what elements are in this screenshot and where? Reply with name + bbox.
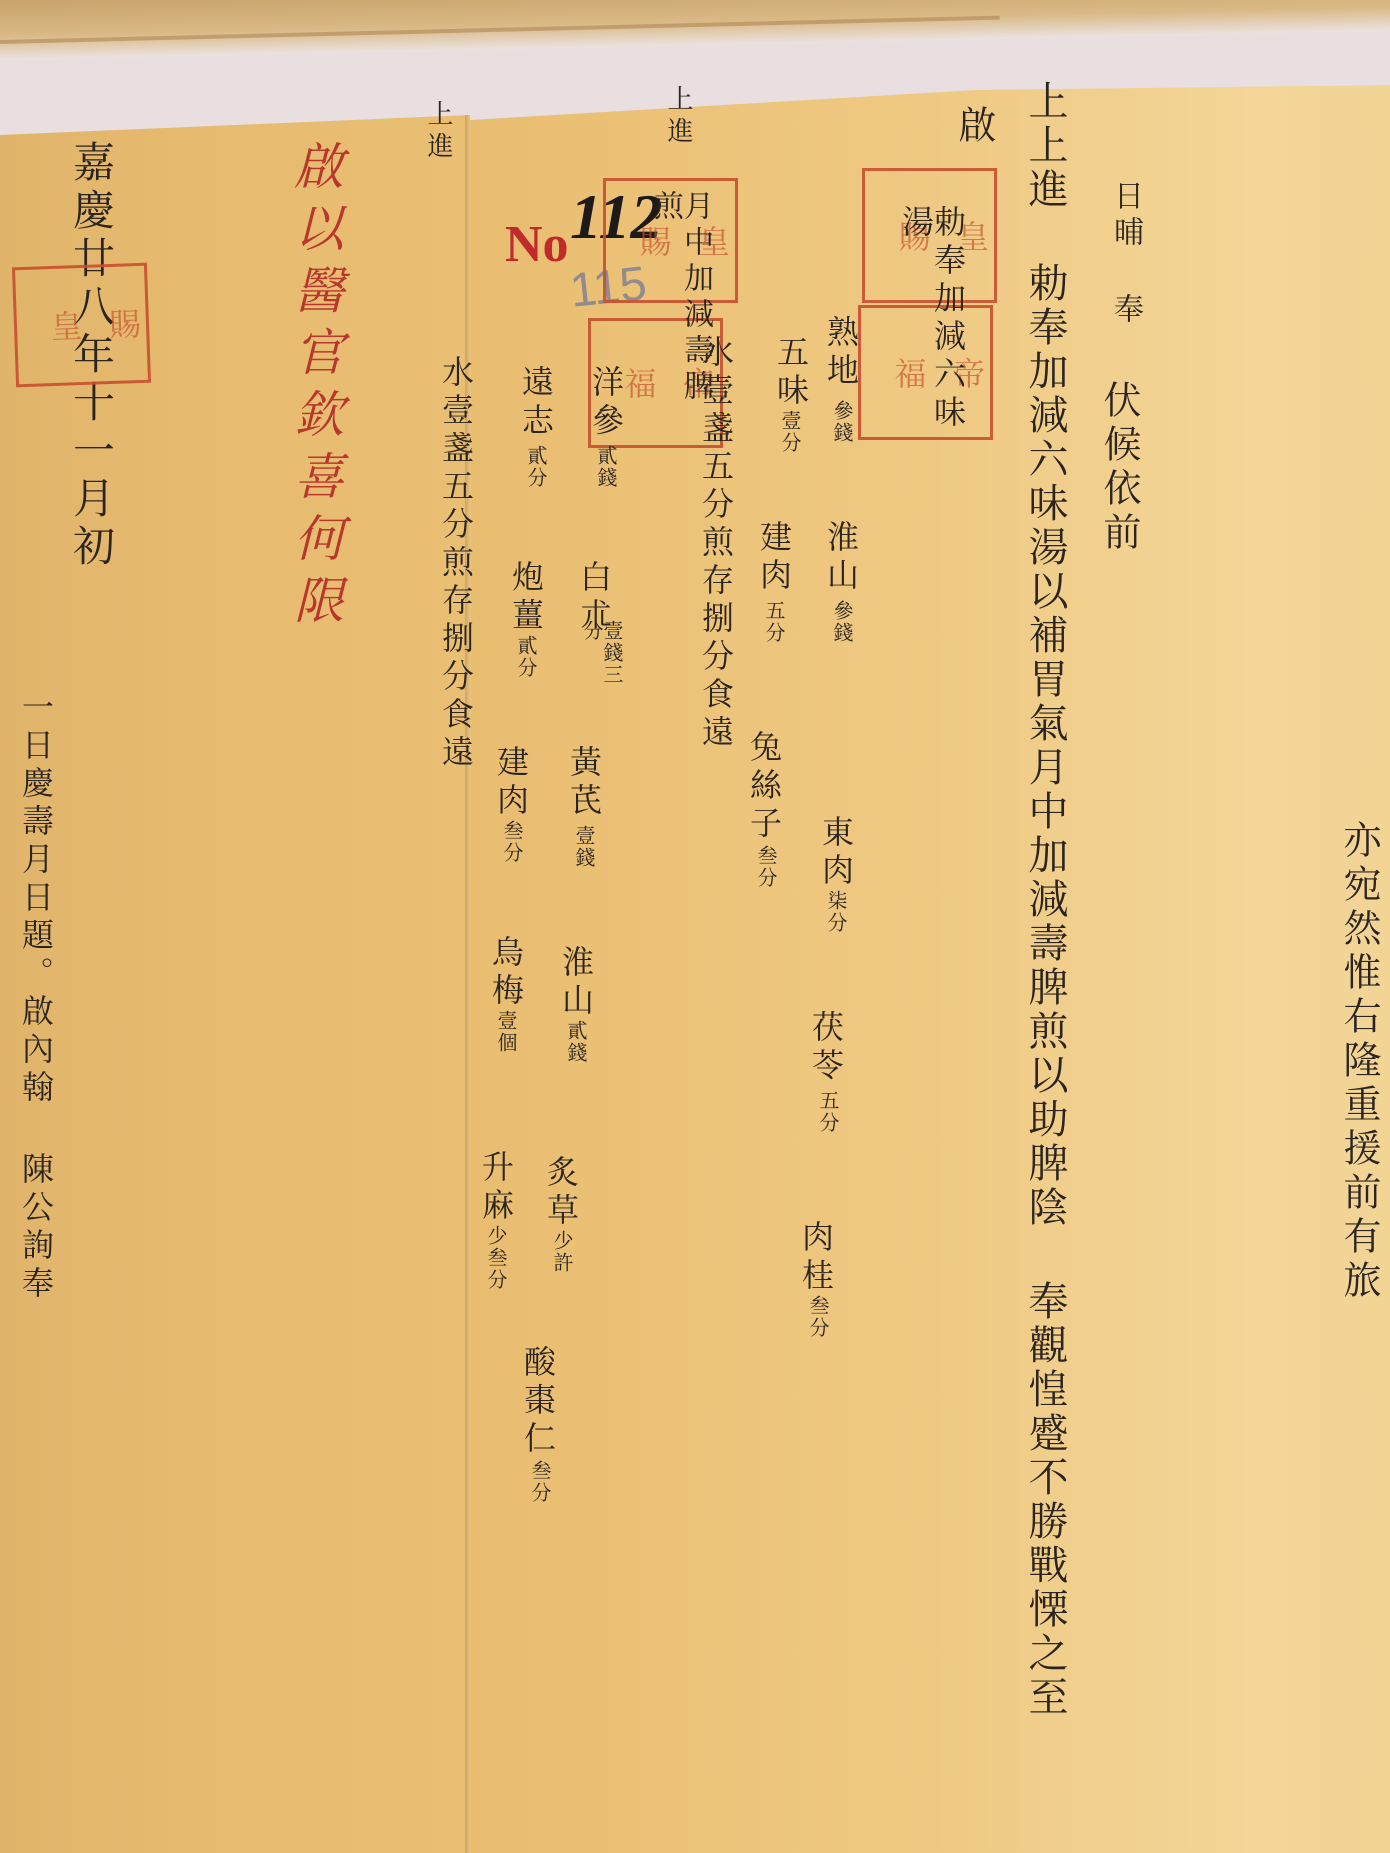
ingredient-amount: 叁分 [530, 1460, 550, 1520]
ingredient: 酸棗仁 [522, 1345, 554, 1465]
col-far-right-body: 伏候依前 [1100, 380, 1138, 580]
main-heading-column: 上上進 勅奉加減六味湯以補胃氣月中加減壽脾煎以助脾陰 奉觀惶蹙不勝戰慄之至 [1025, 80, 1065, 1800]
ingredient: 洋參 [590, 365, 622, 445]
ingredient: 淮山 [825, 520, 857, 600]
label-open: 啟 [955, 105, 993, 165]
ingredient-amount: 五分 [764, 600, 784, 660]
ingredient: 茯苓 [810, 1010, 842, 1090]
ingredient-amount: 叁分 [502, 820, 522, 880]
ingredient-amount: 參錢 [832, 400, 852, 460]
col-far-right-top: 日晡 奉 [1110, 180, 1140, 340]
formula-2-preparation: 水壹盞五分煎存捌分食遠 [440, 355, 472, 775]
ingredient-amount: 壹個 [496, 1010, 516, 1070]
marker-top-left: 上進 [425, 100, 451, 180]
ingredient-amount: 壹分 [780, 410, 800, 470]
ingredient-amount: 叁分 [756, 845, 776, 905]
ingredient: 肉桂 [800, 1220, 832, 1300]
ingredient: 建肉 [758, 520, 790, 600]
ingredient: 炙草 [545, 1155, 577, 1235]
ingredient-amount: 壹錢三分 [582, 620, 622, 700]
ingredient: 兔絲子 [748, 730, 780, 850]
date-column: 嘉慶廿八年十一月初 [70, 140, 112, 760]
number-label: No [505, 215, 569, 274]
formula-2-marker: 上進 [665, 85, 691, 155]
edge-text-column: 亦宛然惟右隆重援前有旅 [1340, 820, 1378, 1850]
imperial-seal-left: 皇 賜 [12, 263, 151, 388]
seal-char: 賜 [80, 272, 142, 376]
ingredient: 建肉 [495, 745, 527, 825]
ingredient: 東肉 [820, 815, 852, 895]
ingredient: 黃芪 [568, 745, 600, 825]
ingredient-amount: 貳錢 [596, 445, 616, 505]
ingredient: 五味 [775, 335, 807, 415]
ingredient-amount: 貳分 [526, 445, 546, 505]
ingredient-amount: 少許 [552, 1230, 572, 1290]
ingredient: 烏梅 [490, 935, 522, 1015]
ingredient-amount: 叁分 [808, 1295, 828, 1355]
ingredient-amount: 五分 [818, 1090, 838, 1150]
red-annotation: 啟以醫官欽喜何限 [290, 140, 340, 680]
ingredient: 淮山 [560, 945, 592, 1025]
seal-char: 皇 [21, 274, 83, 378]
ingredient: 遠志 [520, 365, 552, 445]
date-sub-line: 一日慶壽月日題。啟內翰 陳公詢奉 [20, 690, 52, 1390]
ingredient-amount: 貳分 [516, 635, 536, 695]
ingredient: 升麻 [480, 1150, 512, 1230]
ingredient: 炮薑 [510, 560, 542, 640]
book-top-page-edge [0, 0, 1390, 60]
no-text: No [505, 216, 569, 273]
formula-2-title: 月中加減壽脾煎 [650, 190, 710, 430]
ingredient-amount: 貳錢 [566, 1020, 586, 1080]
ingredient-amount: 參錢 [832, 600, 852, 660]
ingredient-amount: 壹錢 [574, 825, 594, 885]
formula-1-title: 勅奉加減六味湯 [900, 205, 964, 445]
ingredient-amount: 少叁分 [486, 1225, 506, 1315]
ingredient-amount: 柒分 [826, 890, 846, 950]
